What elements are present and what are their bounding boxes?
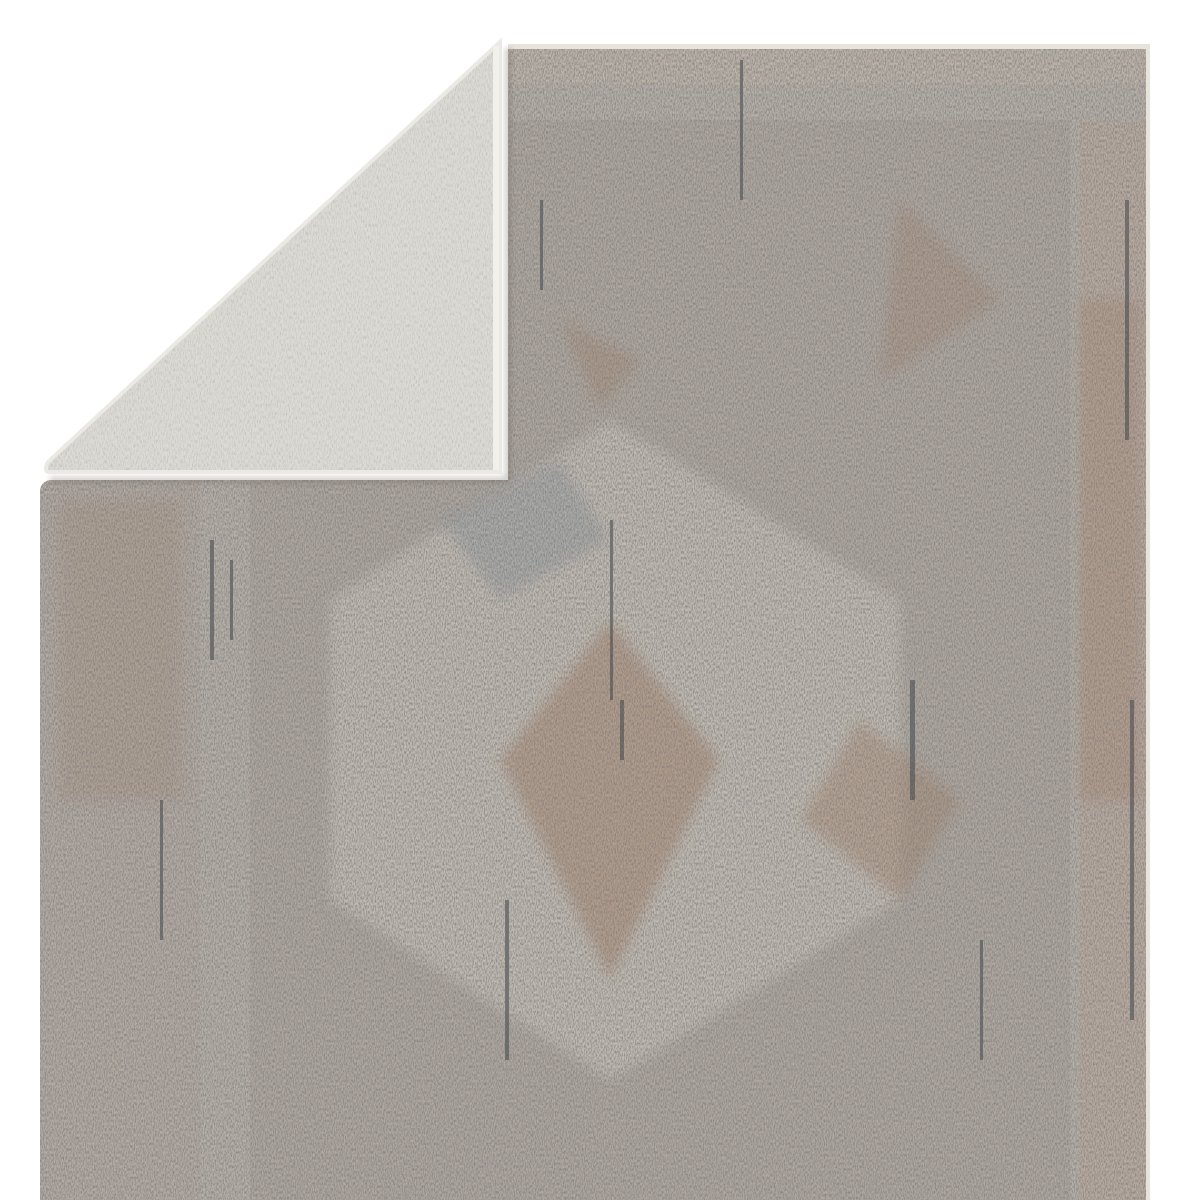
- rug-illustration: [0, 0, 1200, 1200]
- rug-photo: [0, 0, 1200, 1200]
- rug-face: [40, 44, 1152, 1200]
- rug-back-folded-corner: [46, 42, 500, 472]
